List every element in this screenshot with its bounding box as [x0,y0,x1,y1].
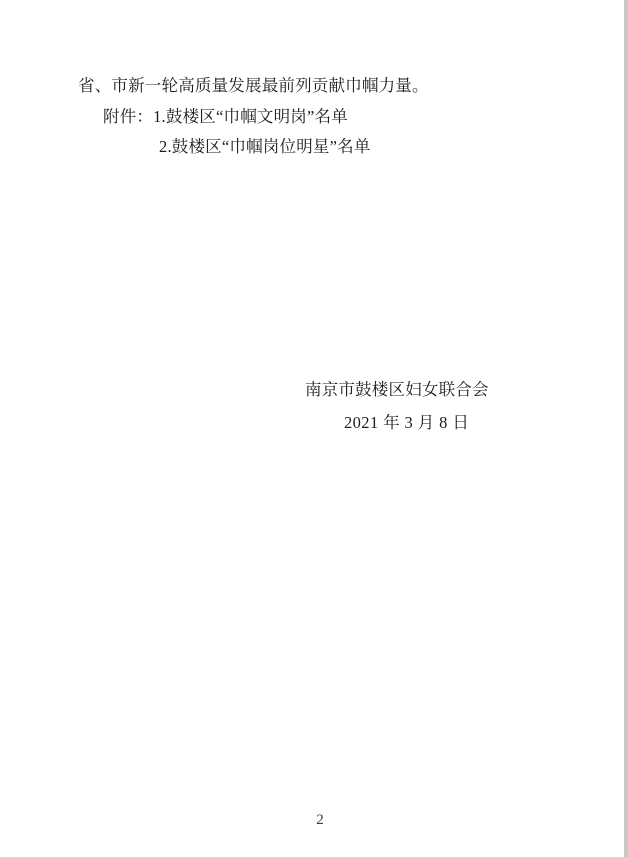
page-number: 2 [0,812,628,829]
attachment-list-item-1: 附件：1.鼓楼区“巾帼文明岗”名单 [103,107,348,128]
issuing-organization-signature: 南京市鼓楼区妇女联合会 [305,380,489,401]
scanned-document: { "page": { "background_color": "#ffffff… [0,0,628,857]
attachment-list-item-2: 2.鼓楼区“巾帼岗位明星”名单 [159,137,371,158]
issue-date: 2021 年 3 月 8 日 [344,413,469,434]
scan-edge-shadow [624,0,628,857]
paragraph-continuation-line: 省、市新一轮高质量发展最前列贡献巾帼力量。 [78,76,429,97]
document-page: 省、市新一轮高质量发展最前列贡献巾帼力量。 附件：1.鼓楼区“巾帼文明岗”名单 … [0,0,628,857]
